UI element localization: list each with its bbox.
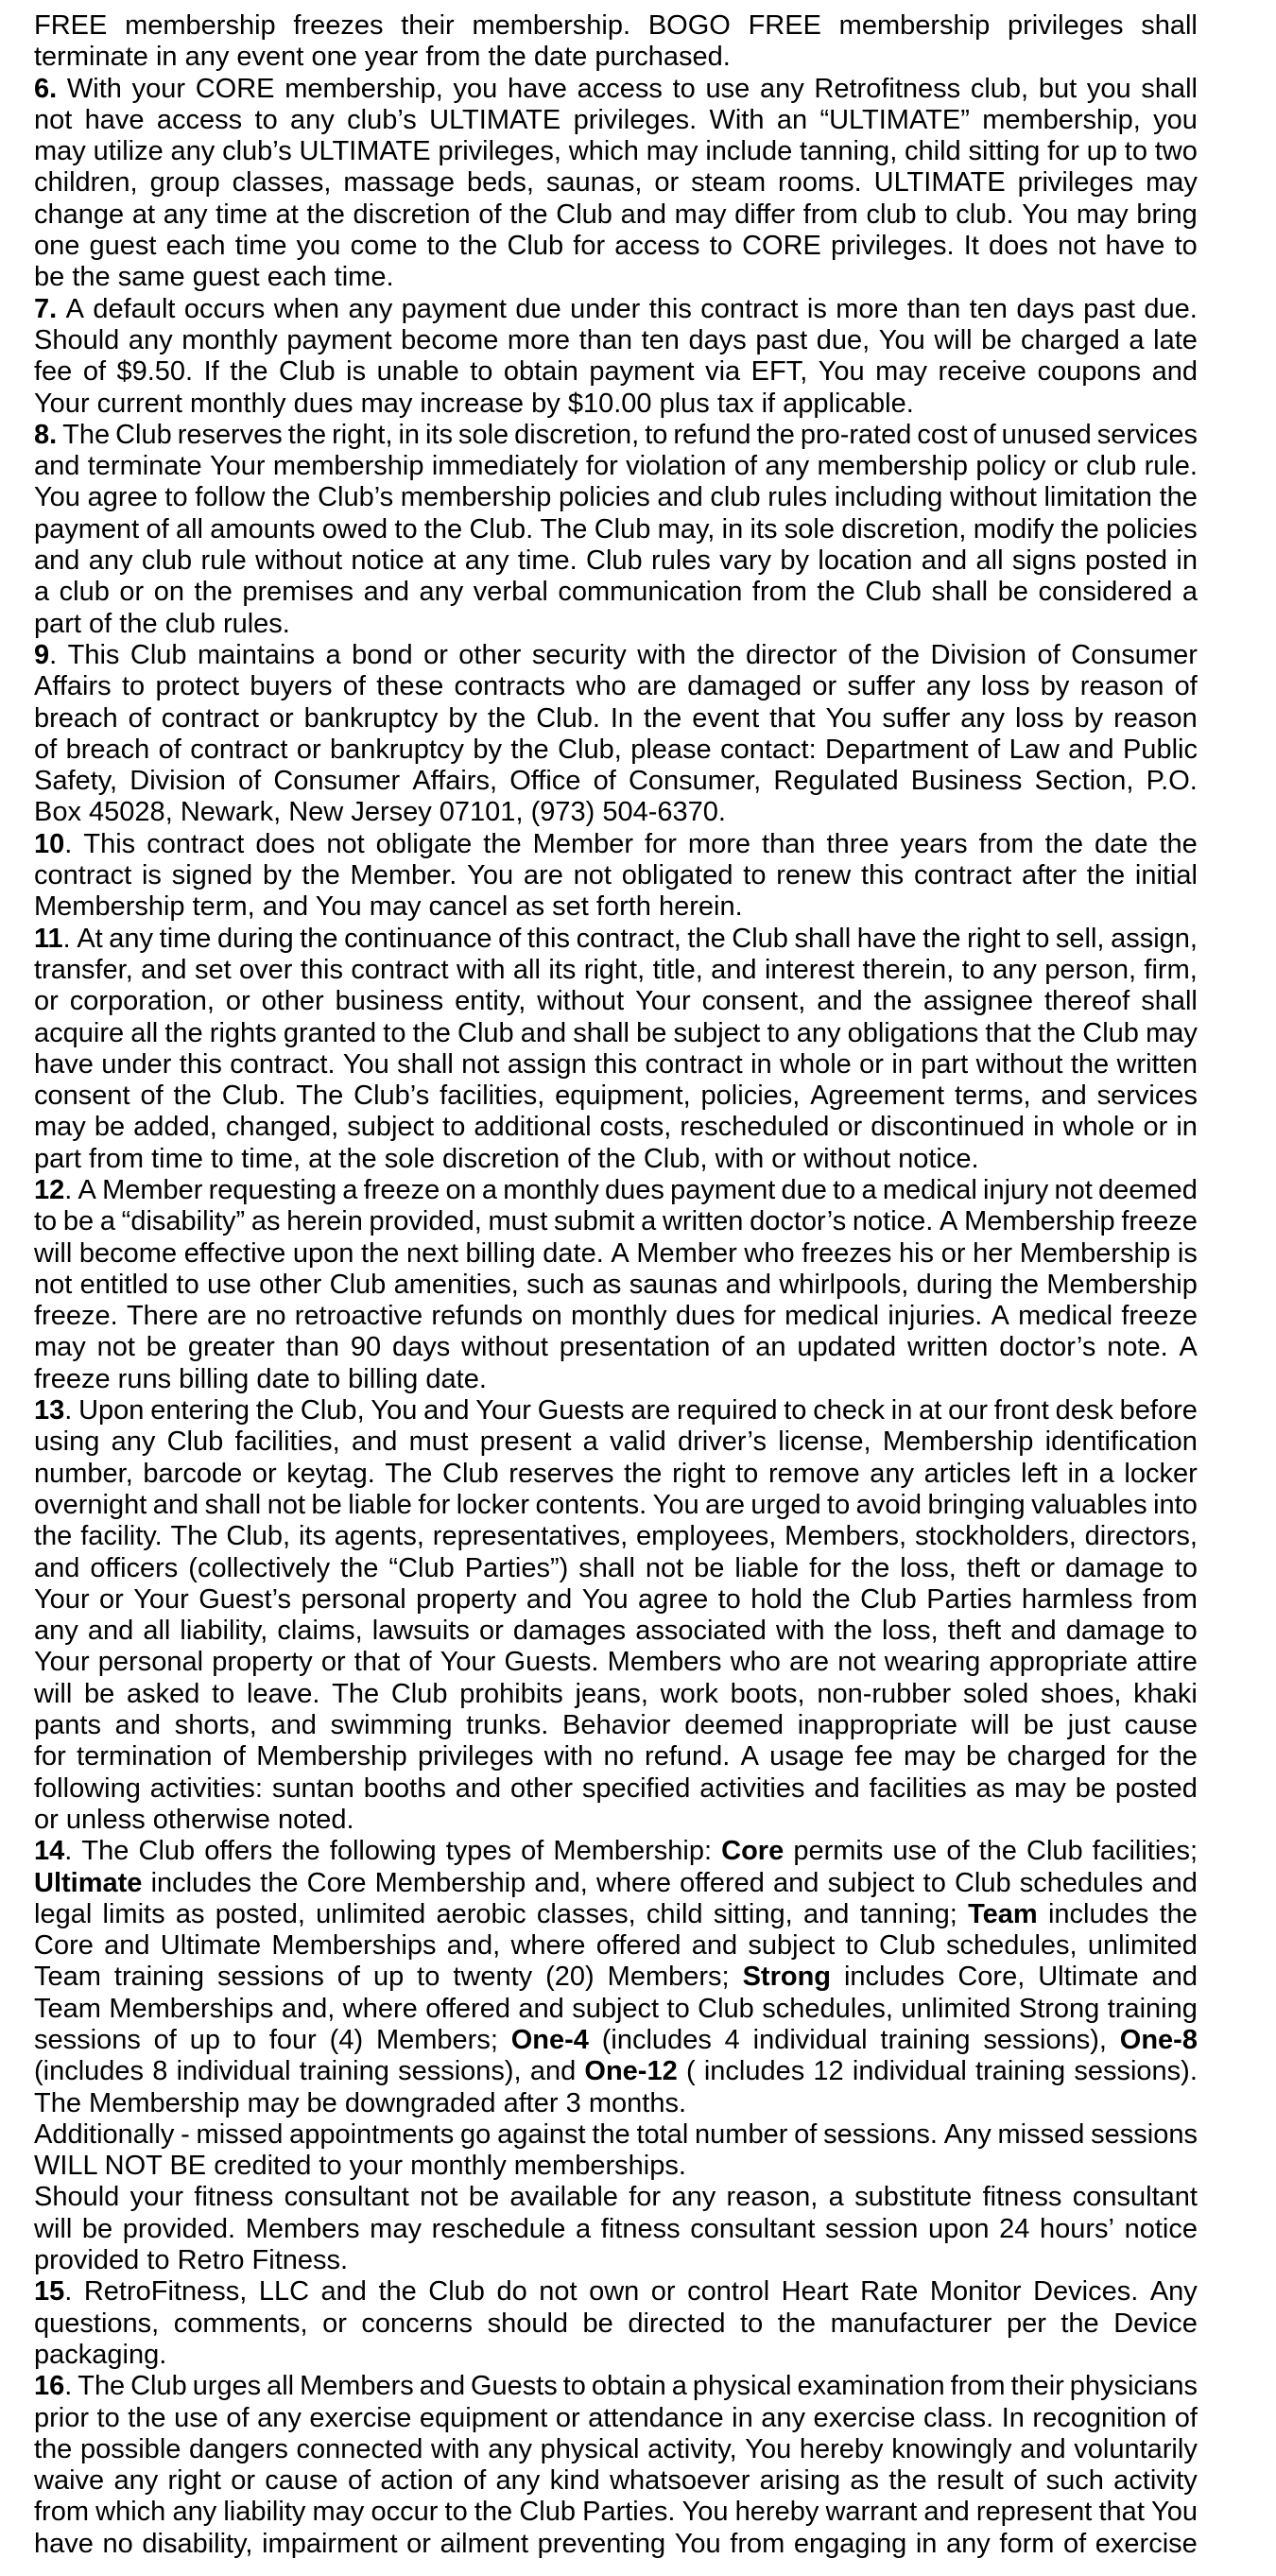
word: contract bbox=[351, 955, 448, 986]
word: whole bbox=[780, 1049, 852, 1081]
word-text: cause bbox=[1125, 1710, 1198, 1740]
word: any bbox=[112, 1426, 156, 1458]
word: activity, bbox=[647, 2434, 737, 2465]
word-text: agree bbox=[638, 1584, 708, 1615]
word-text: Fitness. bbox=[252, 2245, 349, 2275]
word: ten bbox=[970, 294, 1008, 325]
word-text: classes, bbox=[233, 167, 332, 198]
word-text: monthly bbox=[190, 389, 286, 419]
word-text: FREE bbox=[34, 10, 107, 41]
word-text: for bbox=[1117, 1741, 1149, 1772]
word: Club. bbox=[222, 1081, 286, 1112]
word: where bbox=[596, 1868, 671, 1899]
word: be bbox=[147, 1332, 177, 1363]
word-text: no bbox=[604, 1741, 634, 1772]
word-text: or bbox=[479, 1616, 504, 1646]
word-text: the bbox=[459, 231, 497, 261]
word: and bbox=[88, 1616, 133, 1647]
word-text: discontinued bbox=[871, 1112, 1025, 1142]
clause-number-label: 8. bbox=[34, 420, 57, 451]
word: any bbox=[488, 2434, 532, 2465]
word-text: per bbox=[1007, 2308, 1046, 2339]
word-text: contract bbox=[646, 1049, 743, 1080]
clause-11: 11.Atanytimeduringthecontinuanceofthisco… bbox=[34, 924, 1198, 1175]
word-text: up bbox=[190, 2025, 220, 2055]
word-text: of bbox=[1175, 671, 1198, 701]
word: violation bbox=[626, 451, 726, 482]
word-text: payment bbox=[670, 1175, 775, 1205]
word: activities: bbox=[150, 1773, 263, 1805]
word: or bbox=[941, 1238, 966, 1270]
line-content: terminate in any event one year from the… bbox=[34, 42, 731, 73]
word-text: training bbox=[300, 2056, 389, 2086]
text-line: tobea“disability”ashereinprovided,mustsu… bbox=[34, 1206, 1198, 1237]
word: (collectively bbox=[188, 1553, 330, 1584]
word-text: or bbox=[99, 1584, 124, 1615]
word: club bbox=[710, 482, 760, 513]
word: from bbox=[752, 577, 807, 608]
line-content: paymentofallamountsowedtotheClub.TheClub… bbox=[34, 514, 1198, 545]
word: not bbox=[267, 1490, 305, 1521]
word: same bbox=[118, 262, 185, 292]
word-text: shall bbox=[931, 577, 988, 607]
word-text: directed bbox=[628, 2308, 725, 2339]
line-content: acluboronthepremisesandanyverbalcommunic… bbox=[34, 577, 1198, 608]
word-text: prohibits bbox=[459, 1679, 563, 1709]
word: of bbox=[83, 356, 106, 388]
word-text: have bbox=[508, 74, 567, 104]
word-text: use bbox=[207, 1270, 251, 1300]
word-text: noted. bbox=[278, 1805, 354, 1835]
word: sole bbox=[785, 514, 835, 545]
word: Club bbox=[139, 1836, 196, 1867]
word: for bbox=[586, 451, 618, 482]
word: Additionally bbox=[34, 2119, 174, 2151]
word-text: provided. bbox=[123, 2214, 235, 2244]
word-text: You bbox=[1151, 2497, 1198, 2527]
word-text: event bbox=[236, 42, 303, 72]
word: saunas bbox=[629, 1270, 718, 1301]
word: under bbox=[101, 1049, 171, 1081]
word: receive bbox=[938, 356, 1026, 388]
word: requesting bbox=[209, 1175, 336, 1206]
word: and bbox=[141, 955, 186, 986]
word-text: shall bbox=[1141, 74, 1198, 104]
word: should bbox=[488, 2308, 568, 2340]
clause-number-label: Ultimate bbox=[34, 1868, 142, 1899]
word-text: pro-rated bbox=[801, 420, 912, 450]
word: The bbox=[81, 1836, 129, 1867]
word-text: any bbox=[960, 703, 1005, 734]
word: The bbox=[78, 2371, 125, 2402]
word-text: of bbox=[734, 451, 757, 481]
word-text: child bbox=[905, 136, 961, 166]
word-text: Club bbox=[139, 1836, 196, 1866]
word: and bbox=[364, 577, 409, 608]
word-text: payment bbox=[402, 294, 507, 324]
word: be bbox=[82, 2214, 112, 2245]
word-text: of bbox=[848, 640, 871, 670]
word-text: ULTIMATE bbox=[429, 105, 560, 135]
word: subject bbox=[572, 1994, 659, 2025]
word: become bbox=[79, 1238, 177, 1270]
word-text: applicable. bbox=[783, 389, 914, 419]
word: sessions. bbox=[823, 2119, 938, 2151]
word: and bbox=[923, 2497, 969, 2528]
word-text: policies, bbox=[701, 1081, 801, 1111]
word-text: Club. bbox=[222, 1081, 286, 1111]
word: applicable. bbox=[783, 389, 914, 419]
word-text: includes bbox=[844, 1962, 944, 1992]
word: who bbox=[576, 671, 626, 702]
word: of bbox=[34, 735, 57, 766]
word-text: a bbox=[862, 1175, 877, 1205]
word-text: sessions), bbox=[983, 2025, 1107, 2055]
word: preventing bbox=[538, 2529, 665, 2560]
word-text: freeze. bbox=[34, 1301, 118, 1331]
word: any bbox=[257, 2403, 302, 2434]
word: have bbox=[857, 924, 917, 955]
word: You bbox=[34, 482, 80, 513]
line-content: 11.Atanytimeduringthecontinuanceofthisco… bbox=[34, 924, 1198, 955]
word: refunds bbox=[431, 1301, 523, 1332]
word: for bbox=[418, 1490, 450, 1521]
word-text: by bbox=[531, 389, 560, 419]
word: engaging bbox=[794, 2529, 906, 2560]
word: to bbox=[962, 955, 985, 986]
word: the bbox=[260, 1868, 298, 1899]
word-text: manufacturer bbox=[831, 2308, 992, 2339]
word-text: warrant bbox=[825, 2497, 917, 2527]
word: property bbox=[212, 1647, 312, 1678]
word-text: contract bbox=[162, 703, 259, 734]
word: may bbox=[34, 1332, 86, 1363]
word: from bbox=[34, 2497, 89, 2528]
word-text: classes, bbox=[537, 1899, 636, 1929]
word-text: not bbox=[574, 860, 612, 890]
word: set bbox=[195, 955, 232, 986]
word: Agreement bbox=[810, 1081, 944, 1112]
word-text: connected bbox=[297, 2434, 423, 2464]
word-text: liable bbox=[734, 1553, 799, 1583]
word: her bbox=[973, 1238, 1012, 1270]
word: do bbox=[496, 2276, 526, 2308]
word: Membership bbox=[34, 891, 185, 922]
word: sole bbox=[458, 420, 509, 451]
word-text: any bbox=[89, 545, 133, 576]
word-text: consultant bbox=[690, 2214, 815, 2244]
word: does bbox=[989, 231, 1048, 262]
word: injury bbox=[983, 1175, 1048, 1206]
word-text: property bbox=[212, 1647, 312, 1677]
word-text: any bbox=[870, 1459, 914, 1489]
word-text: to bbox=[718, 1584, 741, 1615]
word: Parties bbox=[926, 1584, 1011, 1616]
word: disability, bbox=[142, 2529, 252, 2560]
word: are bbox=[630, 1395, 670, 1426]
text-line: Shouldanymonthlypaymentbecomemorethanten… bbox=[34, 325, 1198, 356]
word-text: are bbox=[207, 1301, 247, 1331]
word: you bbox=[1087, 74, 1131, 105]
word-text: to bbox=[667, 1994, 690, 2024]
word: The bbox=[34, 2088, 81, 2118]
word-text: Core, bbox=[957, 1962, 1025, 1992]
word-text: control bbox=[687, 2276, 769, 2307]
word-text: action bbox=[380, 2465, 453, 2496]
text-line: transfer,andsetoverthiscontractwithallit… bbox=[34, 955, 1198, 986]
word-text: of bbox=[721, 1332, 744, 1362]
word-text: and bbox=[657, 482, 702, 512]
word-text: other bbox=[262, 986, 324, 1016]
word: bringing bbox=[927, 1490, 1025, 1521]
word: all bbox=[976, 545, 1004, 577]
word: soled bbox=[963, 1679, 1028, 1710]
word: tax bbox=[717, 389, 754, 419]
word: written bbox=[663, 1206, 743, 1237]
word: notice bbox=[1125, 2214, 1198, 2245]
word: of bbox=[140, 1081, 163, 1112]
word: the bbox=[483, 829, 521, 860]
text-line: CoreandUltimateMembershipsand,whereoffer… bbox=[34, 1930, 1198, 1962]
line-content: number,barcodeorkeytag.TheClubreservesth… bbox=[34, 1459, 1198, 1490]
bold-term: Team bbox=[968, 1899, 1038, 1929]
word: the bbox=[282, 1836, 319, 1867]
word-text: in bbox=[891, 1395, 913, 1426]
word: and bbox=[420, 2371, 465, 2402]
word: payment bbox=[402, 294, 507, 325]
word: transfer, bbox=[34, 955, 133, 986]
word: for bbox=[629, 2182, 661, 2213]
word-text: date. bbox=[425, 1364, 487, 1394]
bold-term: One-4 bbox=[511, 2025, 589, 2055]
word-text: the bbox=[119, 609, 157, 639]
text-line: paymentofallamountsowedtotheClub.TheClub… bbox=[34, 514, 1198, 545]
word-text: a bbox=[829, 2182, 844, 2212]
text-line: notentitledtouseotherClubamenities,sucha… bbox=[34, 1270, 1198, 1301]
word-text: the bbox=[128, 2403, 165, 2433]
word-text: upon bbox=[928, 2214, 990, 2244]
word-text: jeans, bbox=[576, 1679, 648, 1709]
text-line: terminate in any event one year from the… bbox=[34, 42, 1198, 73]
word-text: The bbox=[62, 420, 110, 450]
word: hours’ bbox=[1040, 2214, 1114, 2245]
word-text: . bbox=[64, 1395, 72, 1426]
text-line: havenodisability,impairmentorailmentprev… bbox=[34, 2529, 1198, 2560]
word: part bbox=[921, 1049, 968, 1081]
word-text: to bbox=[735, 1459, 758, 1489]
word: sole bbox=[385, 1144, 435, 1174]
word: valid bbox=[610, 1426, 666, 1458]
word-text: past bbox=[755, 325, 807, 355]
word-text: added, bbox=[133, 1112, 217, 1142]
word-text: and bbox=[34, 545, 79, 576]
word-text: three bbox=[827, 829, 889, 859]
word: shall bbox=[573, 1018, 629, 1049]
word: facilities bbox=[870, 1773, 967, 1805]
word-text: Club, bbox=[644, 1144, 708, 1174]
word: immediately bbox=[432, 451, 578, 482]
word-text: amounts bbox=[210, 514, 315, 545]
word: each bbox=[267, 262, 327, 292]
word-text: freezes bbox=[802, 1238, 891, 1269]
word: A bbox=[611, 1238, 629, 1270]
word-text: posted, bbox=[216, 1899, 305, 1929]
word: medical bbox=[1018, 1301, 1112, 1332]
word: unused bbox=[1002, 420, 1092, 451]
word: discontinued bbox=[871, 1112, 1025, 1143]
word-text: any bbox=[34, 1616, 78, 1646]
word: and, bbox=[534, 1868, 587, 1899]
word-text: signed bbox=[172, 860, 252, 890]
word: charged bbox=[1021, 325, 1120, 356]
line-content: feeof$9.50.IftheClubisunabletoobtainpaym… bbox=[34, 356, 1198, 388]
word-text: equipment, bbox=[555, 1081, 691, 1111]
word-text: Members; bbox=[608, 1962, 730, 1992]
word: Fitness. bbox=[252, 2245, 349, 2275]
word-text: membership bbox=[125, 10, 276, 41]
word: the bbox=[195, 577, 233, 608]
word: charged bbox=[1008, 1741, 1107, 1772]
word: consultant bbox=[690, 2214, 815, 2245]
word: Club bbox=[391, 1679, 448, 1710]
word-text: the bbox=[757, 420, 795, 450]
word-text: have bbox=[1106, 231, 1165, 261]
word-text: result bbox=[937, 2465, 1004, 2496]
word: of bbox=[734, 451, 757, 482]
word: club bbox=[60, 577, 110, 608]
word: schedules bbox=[1020, 1868, 1144, 1899]
word-text: barcode bbox=[143, 1459, 242, 1489]
word-text: the bbox=[256, 1395, 294, 1426]
word-text: activity, bbox=[647, 2434, 737, 2464]
clause-number-label: 7. bbox=[34, 294, 57, 325]
word: your bbox=[132, 74, 185, 105]
word-text: the bbox=[424, 514, 462, 545]
line-content: acquirealltherightsgrantedtotheClubandsh… bbox=[34, 1018, 1198, 1049]
word-text: membership bbox=[273, 451, 424, 481]
word: warrant bbox=[825, 2497, 917, 2528]
word-text: written bbox=[907, 1332, 988, 1362]
word-text: Club bbox=[391, 1679, 448, 1709]
word: of bbox=[348, 2465, 371, 2497]
word-text: . bbox=[64, 1836, 72, 1866]
word: who bbox=[731, 1647, 781, 1678]
word: security bbox=[532, 640, 627, 671]
word-text: if bbox=[762, 389, 776, 419]
word-text: the bbox=[1045, 829, 1083, 859]
word: to bbox=[122, 671, 145, 702]
word-text: be bbox=[1024, 1710, 1054, 1740]
word-text: or bbox=[34, 1805, 59, 1835]
line-content: legallimitsasposted,unlimitedaerobicclas… bbox=[34, 1899, 1198, 1930]
word-text: from bbox=[730, 2529, 785, 2559]
word-text: Guest’s bbox=[198, 1584, 291, 1615]
word: herein. bbox=[659, 891, 743, 922]
word: which bbox=[569, 136, 639, 167]
word: reason bbox=[1080, 671, 1164, 702]
word: any bbox=[290, 105, 335, 136]
word-text: current bbox=[97, 389, 182, 419]
word-text: forth bbox=[596, 891, 651, 922]
word: therein, bbox=[862, 955, 954, 986]
word-text: of bbox=[337, 1962, 360, 1992]
word-text: suffer bbox=[882, 703, 950, 734]
word-text: not bbox=[1055, 1175, 1093, 1205]
word-text: damage bbox=[1065, 1553, 1164, 1583]
word: kind bbox=[550, 2465, 600, 2497]
word: maintains bbox=[198, 640, 315, 671]
word: Device bbox=[1113, 2308, 1198, 2340]
word: of bbox=[498, 924, 521, 955]
word-text: any bbox=[797, 1018, 841, 1048]
word-text: right, bbox=[584, 955, 645, 985]
word: Ultimate bbox=[1038, 1962, 1138, 1993]
word: on bbox=[154, 577, 184, 608]
word: sessions), bbox=[983, 2025, 1107, 2056]
word: directed bbox=[628, 2308, 725, 2340]
word: the bbox=[778, 2308, 816, 2340]
word: is bbox=[346, 356, 366, 388]
word-text: liability, bbox=[180, 1616, 267, 1646]
line-content: transfer,andsetoverthiscontractwithallit… bbox=[34, 955, 1198, 986]
word: At bbox=[77, 924, 102, 955]
word-text: occur bbox=[371, 2497, 438, 2527]
word: and bbox=[526, 1584, 572, 1616]
word: locker bbox=[457, 1490, 529, 1521]
word-text: with bbox=[637, 640, 686, 670]
word-text: missed bbox=[197, 2119, 284, 2150]
word-text: Club bbox=[330, 1270, 387, 1300]
word: offered bbox=[596, 1930, 681, 1962]
word: Club’s bbox=[353, 1081, 429, 1112]
word: obtain bbox=[504, 356, 578, 388]
line-content: children,groupclasses,massagebeds,saunas… bbox=[34, 167, 1198, 199]
word-text: privileges. bbox=[831, 231, 955, 261]
word: time bbox=[160, 924, 212, 955]
word: Members, bbox=[785, 1521, 906, 1552]
word-text: soled bbox=[963, 1679, 1028, 1709]
word: harmless bbox=[1022, 1584, 1133, 1616]
word: A bbox=[1180, 1332, 1198, 1363]
word: the bbox=[488, 703, 526, 735]
word-text: liable bbox=[348, 1490, 412, 1520]
word: as bbox=[176, 1899, 205, 1930]
text-line: nothaveaccesstoanyclub’sULTIMATEprivileg… bbox=[34, 105, 1198, 136]
word: have bbox=[1106, 231, 1165, 262]
word: shoes, bbox=[1041, 1679, 1121, 1710]
word: schedules, bbox=[762, 1994, 893, 2025]
line-content: willbeprovided.Membersmayrescheduleafitn… bbox=[34, 2214, 1198, 2245]
line-content: anyandallliability,claims,lawsuitsordama… bbox=[34, 1616, 1198, 1647]
word-text: to bbox=[97, 2403, 120, 2433]
text-line: waiveanyrightorcauseofactionofanykindwha… bbox=[34, 2465, 1198, 2497]
word: training bbox=[1108, 1994, 1198, 2025]
word: Club’s bbox=[318, 482, 393, 513]
line-content: havenodisability,impairmentorailmentprev… bbox=[34, 2529, 1198, 2560]
word-text: to bbox=[34, 1206, 57, 1236]
word: not bbox=[461, 1049, 499, 1081]
word-text: Club, bbox=[226, 1521, 290, 1551]
word: You bbox=[682, 2497, 729, 2528]
word-text: not bbox=[461, 1049, 499, 1080]
word-text: each bbox=[267, 262, 327, 292]
word-text: You bbox=[1022, 199, 1068, 230]
word-text: Heart bbox=[782, 2276, 849, 2307]
word: provided bbox=[34, 2245, 139, 2275]
word-text: payment bbox=[34, 514, 139, 545]
word-text: time bbox=[151, 1144, 203, 1174]
word: of bbox=[223, 1741, 246, 1772]
